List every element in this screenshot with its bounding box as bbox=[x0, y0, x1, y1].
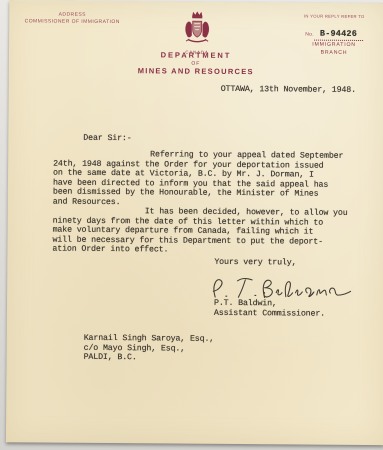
branch-line2: BRANCH bbox=[285, 49, 383, 56]
signer-block: P.T. Baldwin, Assistant Commissioner. bbox=[214, 299, 325, 319]
paragraph-1: Referring to your appeal dated September… bbox=[53, 150, 353, 209]
reference-block: IN YOUR REPLY REFER TO No.B-94426 IMMIGR… bbox=[285, 13, 383, 56]
sender-address-block: ADDRESS COMMISSIONER OF IMMIGRATION bbox=[23, 11, 121, 25]
reference-line: No.B-94426 bbox=[285, 22, 383, 41]
dateline: OTTAWA, 13th November, 1948. bbox=[221, 85, 356, 96]
canada-coat-of-arms-icon bbox=[183, 11, 211, 45]
signer-title: Assistant Commissioner. bbox=[214, 308, 325, 318]
address-line: COMMISSIONER OF IMMIGRATION bbox=[23, 18, 121, 25]
reference-prefix: No. bbox=[305, 31, 314, 37]
reference-number: B-94426 bbox=[314, 29, 363, 41]
department-line3: MINES AND RESOURCES bbox=[9, 65, 383, 77]
scanned-letter: ADDRESS COMMISSIONER OF IMMIGRATION bbox=[0, 0, 383, 450]
paragraph-2: It has been decided, however, to allow y… bbox=[52, 207, 352, 257]
letter-paper: ADDRESS COMMISSIONER OF IMMIGRATION bbox=[6, 0, 383, 445]
recipient-address-block: Karnail Singh Saroya, Esq., c/o Mayo Sin… bbox=[84, 334, 215, 364]
reply-note: IN YOUR REPLY REFER TO bbox=[285, 13, 383, 20]
crest-block: CANADA bbox=[167, 10, 227, 54]
signer-name: P.T. Baldwin, bbox=[214, 299, 325, 309]
closing: Yours very truly, bbox=[214, 258, 296, 268]
salutation: Dear Sir:- bbox=[83, 134, 131, 144]
recipient-line: PALDI, B.C. bbox=[84, 353, 214, 364]
branch-line1: IMMIGRATION bbox=[285, 41, 383, 48]
recipient-line: Karnail Singh Saroya, Esq., bbox=[84, 334, 214, 345]
